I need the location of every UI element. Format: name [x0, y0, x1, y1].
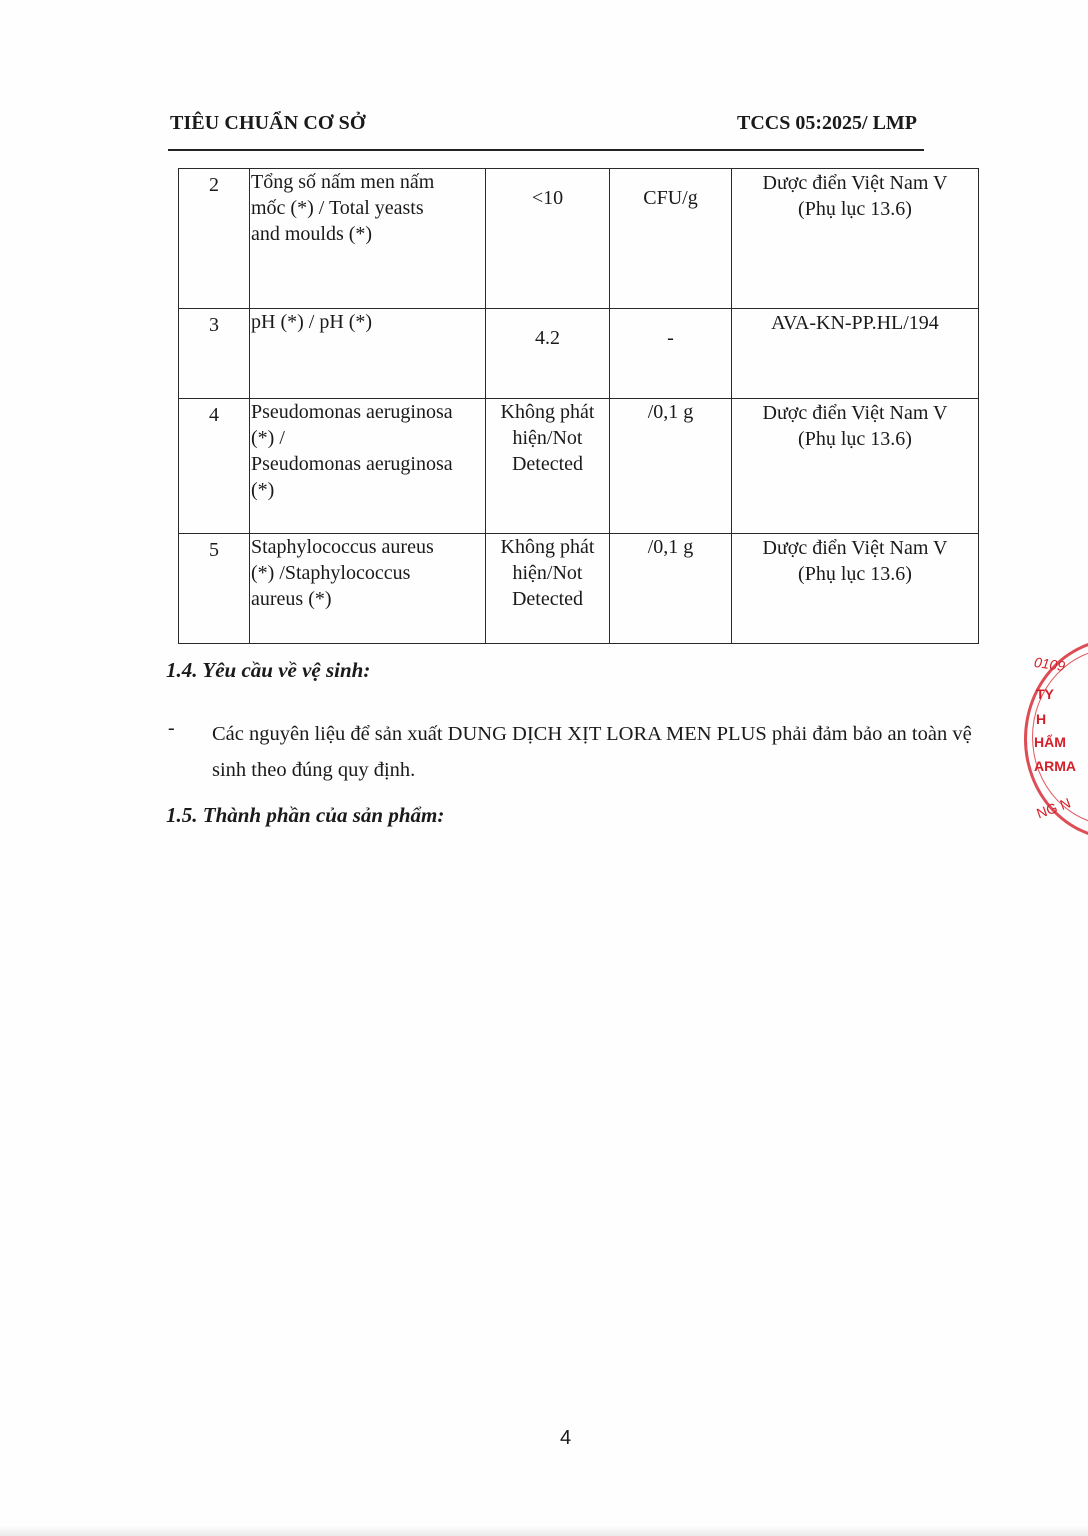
method-line: (Phụ lục 13.6)	[732, 561, 978, 587]
specification-table: 2 Tổng số nấm men nấm mốc (*) / Total ye…	[178, 168, 979, 644]
scan-edge-shadow	[0, 1526, 1088, 1536]
table-row: 5 Staphylococcus aureus (*) /Staphylococ…	[179, 534, 979, 644]
value-line: Detected	[486, 451, 609, 477]
method-line: (Phụ lục 13.6)	[732, 196, 978, 222]
header-divider	[168, 149, 924, 151]
test-method: Dược điển Việt Nam V (Phụ lục 13.6)	[732, 399, 979, 534]
criterion-name: Pseudomonas aeruginosa (*) / Pseudomonas…	[250, 399, 486, 534]
criterion-line: Tổng số nấm men nấm	[251, 169, 485, 195]
stamp-text: TY	[1036, 686, 1054, 702]
company-seal-stamp: 0109 TY H HẨM ARMA NG N	[1020, 636, 1088, 836]
unit: -	[610, 309, 732, 399]
value-line: Không phát	[486, 399, 609, 425]
row-number: 2	[179, 169, 250, 309]
criterion-line: Staphylococcus aureus	[251, 534, 485, 560]
table-row: 2 Tổng số nấm men nấm mốc (*) / Total ye…	[179, 169, 979, 309]
stamp-text: H	[1036, 711, 1046, 727]
method-line: AVA-KN-PP.HL/194	[732, 310, 978, 336]
method-line: Dược điển Việt Nam V	[732, 400, 978, 426]
stamp-text: ARMA	[1034, 758, 1076, 774]
value-line: Không phát	[486, 534, 609, 560]
unit: /0,1 g	[610, 399, 732, 534]
criterion-name: pH (*) / pH (*)	[250, 309, 486, 399]
criterion-line: Pseudomonas aeruginosa	[251, 399, 485, 425]
method-line: Dược điển Việt Nam V	[732, 170, 978, 196]
table-row: 4 Pseudomonas aeruginosa (*) / Pseudomon…	[179, 399, 979, 534]
limit-value: Không phát hiện/Not Detected	[486, 534, 610, 644]
criterion-line: (*) /Staphylococcus	[251, 560, 485, 586]
method-line: (Phụ lục 13.6)	[732, 426, 978, 452]
criterion-line: pH (*) / pH (*)	[251, 309, 485, 335]
value-line: hiện/Not	[486, 560, 609, 586]
criterion-name: Tổng số nấm men nấm mốc (*) / Total yeas…	[250, 169, 486, 309]
value-line: 4.2	[486, 325, 609, 351]
table-row: 3 pH (*) / pH (*) 4.2 - AVA-KN-PP.HL/194	[179, 309, 979, 399]
test-method: Dược điển Việt Nam V (Phụ lục 13.6)	[732, 169, 979, 309]
limit-value: 4.2	[486, 309, 610, 399]
stamp-text: 0109	[1033, 654, 1066, 674]
test-method: Dược điển Việt Nam V (Phụ lục 13.6)	[732, 534, 979, 644]
header-title: TIÊU CHUẨN CƠ SỞ	[170, 112, 366, 135]
value-line: Detected	[486, 586, 609, 612]
document-page: TIÊU CHUẨN CƠ SỞ TCCS 05:2025/ LMP 2 Tổn…	[0, 0, 1088, 1536]
criterion-line: aureus (*)	[251, 586, 485, 612]
criterion-name: Staphylococcus aureus (*) /Staphylococcu…	[250, 534, 486, 644]
criterion-line: (*)	[251, 477, 485, 503]
unit-text: -	[610, 325, 731, 351]
page-number: 4	[560, 1427, 571, 1450]
stamp-text: HẨM	[1034, 734, 1066, 750]
limit-value: Không phát hiện/Not Detected	[486, 399, 610, 534]
unit: /0,1 g	[610, 534, 732, 644]
row-number: 5	[179, 534, 250, 644]
criterion-line: mốc (*) / Total yeasts	[251, 195, 485, 221]
row-number: 3	[179, 309, 250, 399]
section-heading-composition: 1.5. Thành phần của sản phẩm:	[166, 803, 444, 828]
criterion-line: Pseudomonas aeruginosa	[251, 451, 485, 477]
limit-value: <10	[486, 169, 610, 309]
method-line: Dược điển Việt Nam V	[732, 535, 978, 561]
row-number: 4	[179, 399, 250, 534]
criterion-line: and moulds (*)	[251, 221, 485, 247]
section-heading-hygiene: 1.4. Yêu cầu về vệ sinh:	[166, 658, 370, 683]
unit: CFU/g	[610, 169, 732, 309]
hygiene-paragraph: Các nguyên liệu để sản xuất DUNG DỊCH XỊ…	[212, 716, 972, 788]
header-code: TCCS 05:2025/ LMP	[737, 112, 917, 135]
criterion-line: (*) /	[251, 425, 485, 451]
bullet-dash: -	[168, 717, 175, 740]
value-line: hiện/Not	[486, 425, 609, 451]
value-line: <10	[486, 185, 609, 211]
test-method: AVA-KN-PP.HL/194	[732, 309, 979, 399]
